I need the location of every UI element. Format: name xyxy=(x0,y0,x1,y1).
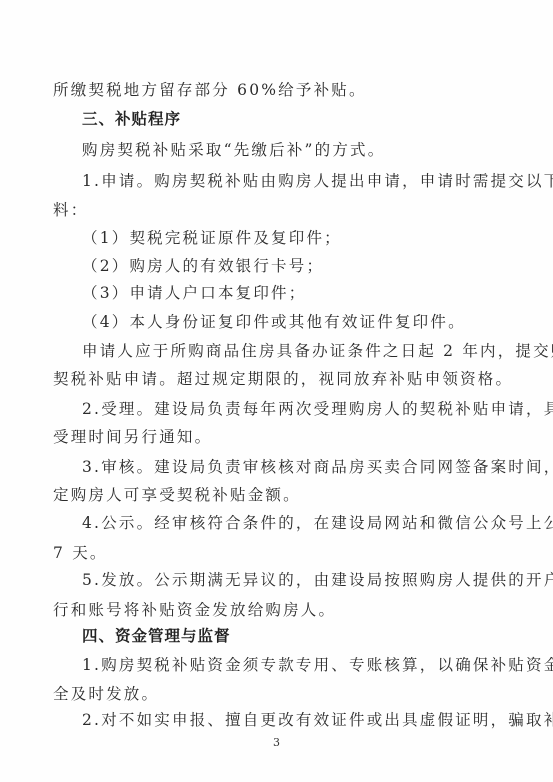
text-line: 申请人应于所购商品住房具备办证条件之日起 2 年内，提交购房 xyxy=(82,341,502,361)
section-heading-procedure: 三、补贴程序 xyxy=(82,109,502,129)
text-line: 行和账号将补贴资金发放给购房人。 xyxy=(53,600,473,620)
text-line: 契税补贴申请。超过规定期限的，视同放弃补贴申领资格。 xyxy=(53,369,473,389)
section-heading-fund-management: 四、资金管理与监督 xyxy=(82,626,502,646)
text-line: 全及时发放。 xyxy=(53,684,473,704)
list-item: （4）本人身份证复印件或其他有效证件复印件。 xyxy=(82,312,502,332)
text-line: 3.审核。建设局负责审核核对商品房买卖合同网签备案时间，确 xyxy=(82,457,502,477)
list-item: （3）申请人户口本复印件； xyxy=(82,283,502,303)
text-line: 所缴契税地方留存部分 60%给予补贴。 xyxy=(53,80,473,100)
list-item: （2）购房人的有效银行卡号； xyxy=(82,256,502,276)
text-line: 2.受理。建设局负责每年两次受理购房人的契税补贴申请，具体 xyxy=(82,399,502,419)
text-line: 购房契税补贴采取“先缴后补”的方式。 xyxy=(82,140,502,160)
document-page: 所缴契税地方留存部分 60%给予补贴。 三、补贴程序 购房契税补贴采取“先缴后补… xyxy=(0,0,553,782)
text-line: 7 天。 xyxy=(53,543,473,563)
list-item: （1）契税完税证原件及复印件； xyxy=(82,228,502,248)
text-line: 5.发放。公示期满无异议的，由建设局按照购房人提供的开户银 xyxy=(82,570,502,590)
text-line: 4.公示。经审核符合条件的，在建设局网站和微信公众号上公示 xyxy=(82,513,502,533)
text-line: 2.对不如实申报、擅自更改有效证件或出具虚假证明，骗取补贴 xyxy=(82,710,502,730)
text-line: 料： xyxy=(53,200,473,220)
text-line: 1.购房契税补贴资金须专款专用、专账核算，以确保补贴资金安 xyxy=(82,655,502,675)
text-line: 定购房人可享受契税补贴金额。 xyxy=(53,485,473,505)
text-line: 受理时间另行通知。 xyxy=(53,427,473,447)
page-number: 3 xyxy=(0,736,553,749)
text-line: 1.申请。购房契税补贴由购房人提出申请，申请时需提交以下材 xyxy=(82,171,502,191)
